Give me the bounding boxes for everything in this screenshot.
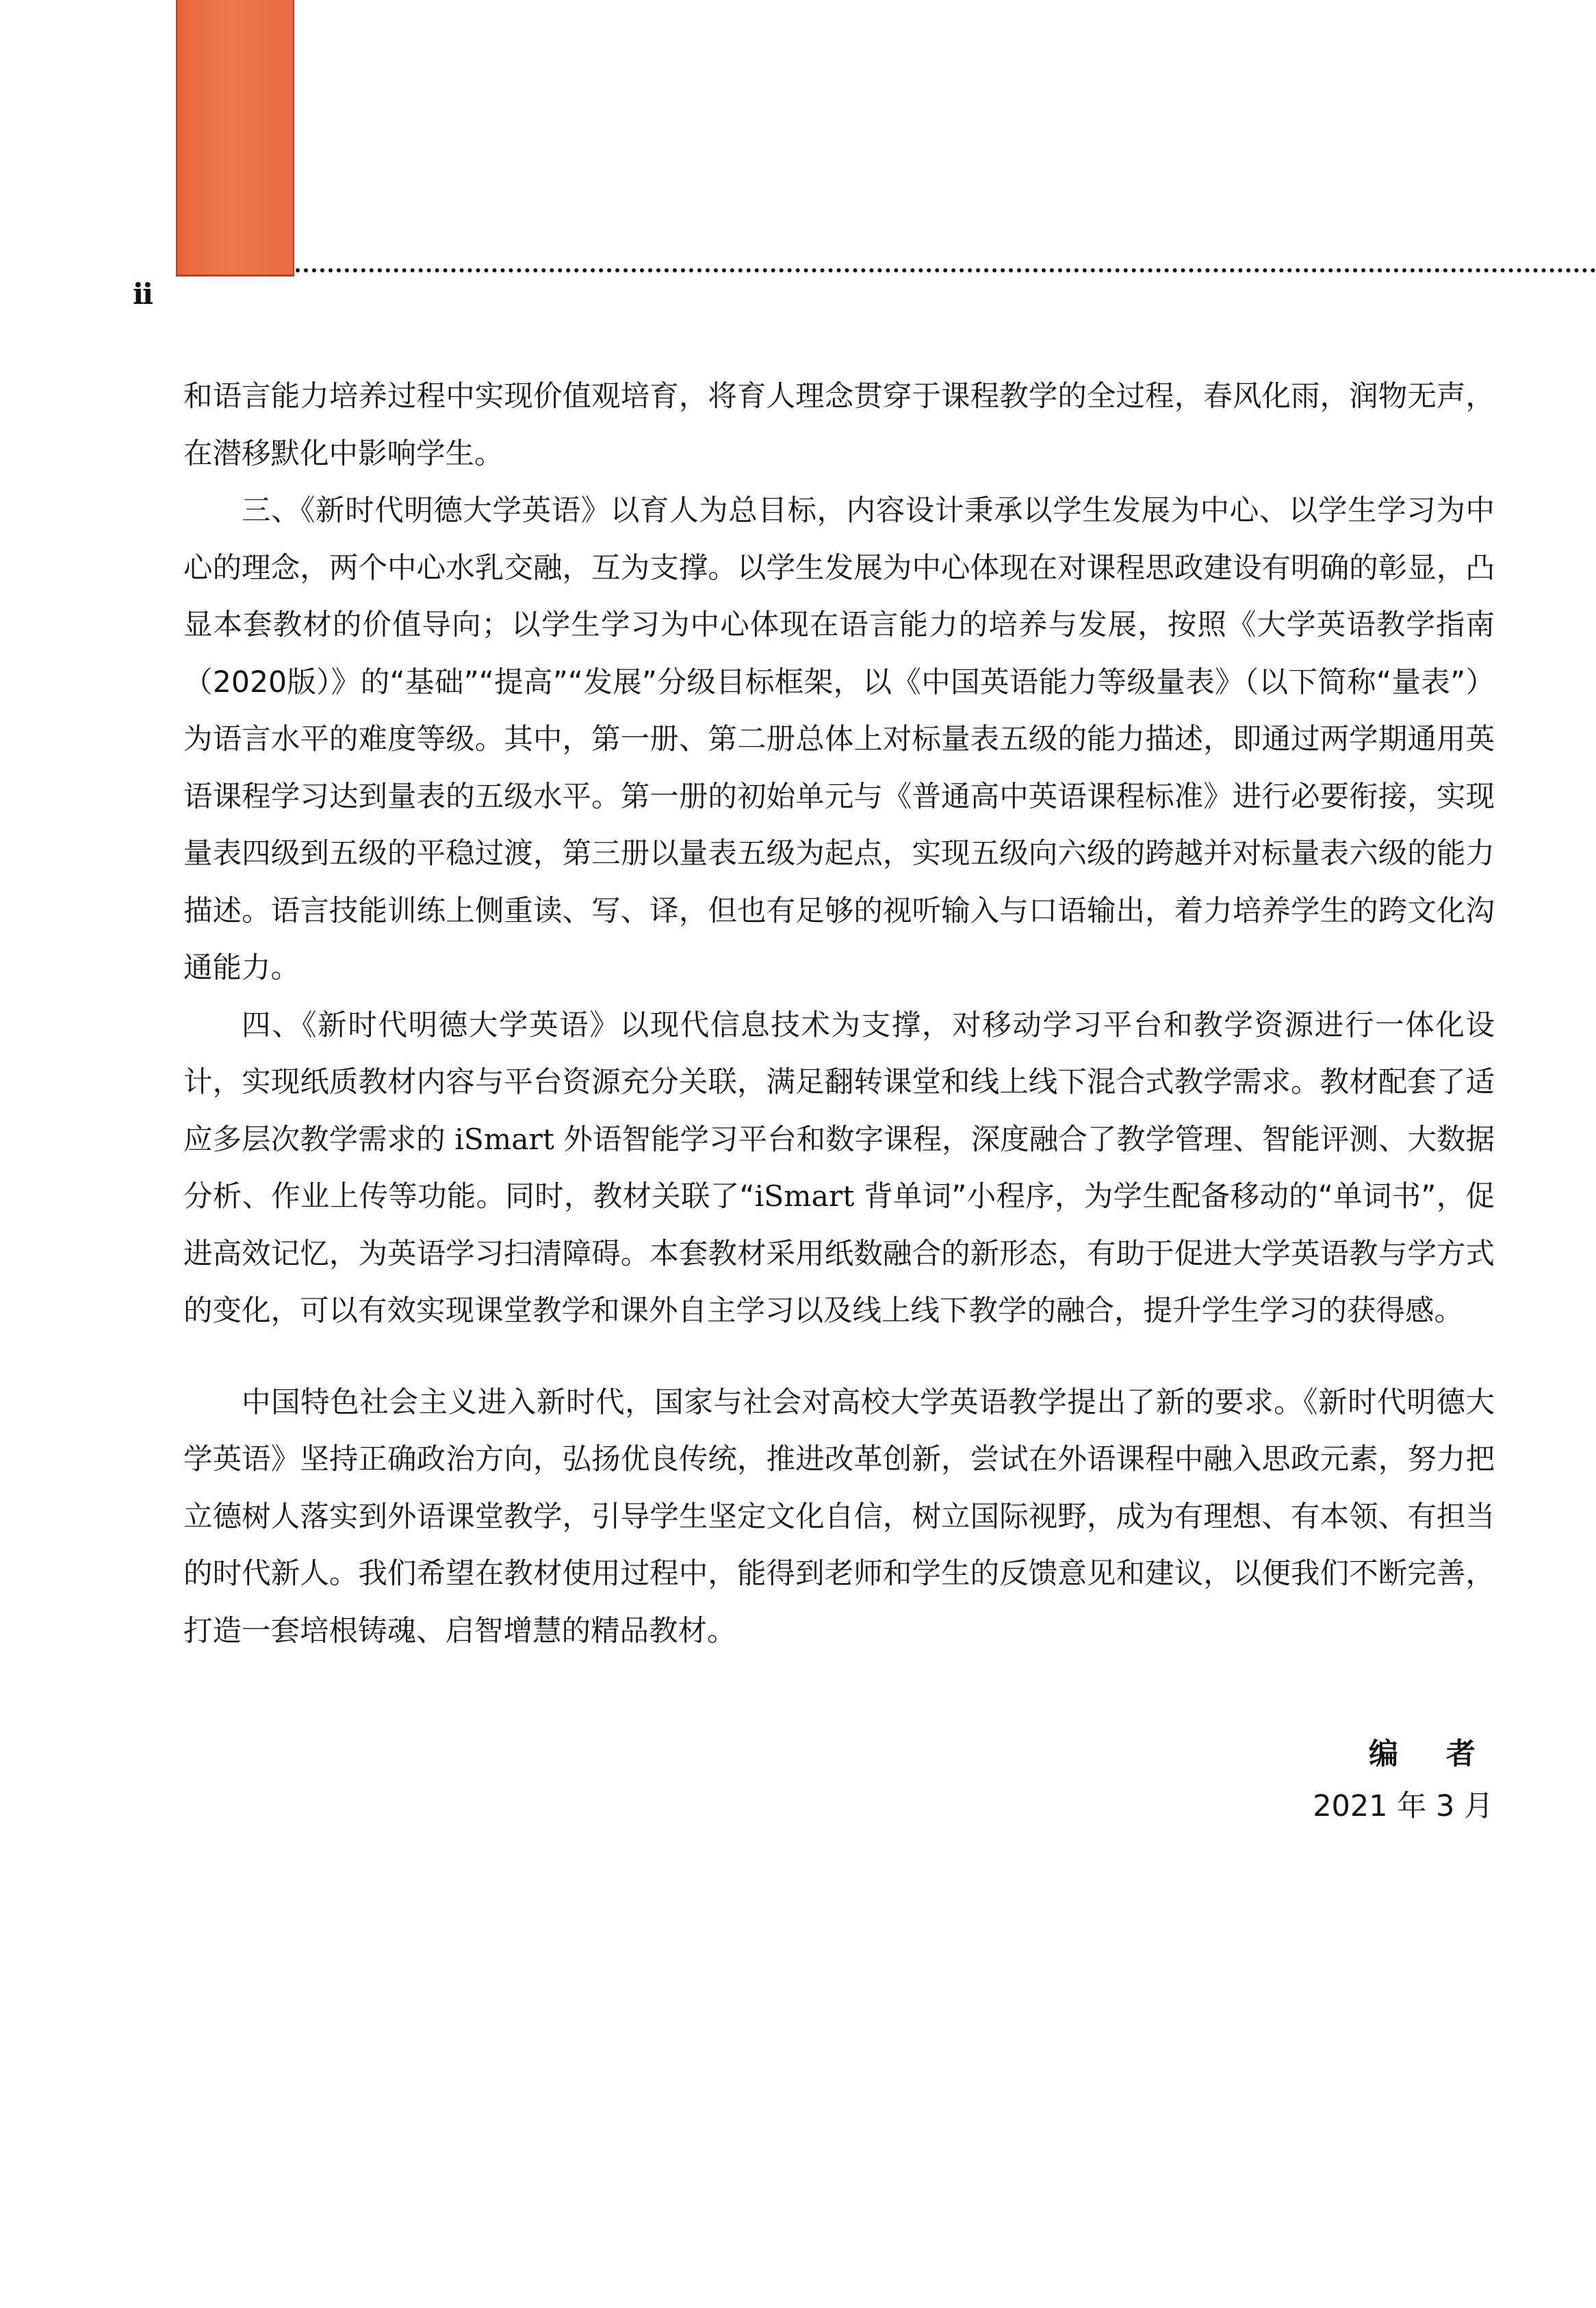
- ismart-app-name: iSmart: [755, 1180, 855, 1214]
- chapter-color-tab: [176, 0, 294, 277]
- ismart-platform-name: iSmart: [454, 1123, 554, 1157]
- signature-date: 2021 年 3 月: [1313, 1780, 1493, 1832]
- signature-editor-char-1: 编: [1369, 1737, 1398, 1771]
- paragraph-continuation: 和语言能力培养过程中实现价值观培育，将育人理念贯穿于课程教学的全过程，春风化雨，…: [183, 368, 1495, 483]
- preface-body: 和语言能力培养过程中实现价值观培育，将育人理念贯穿于课程教学的全过程，春风化雨，…: [183, 368, 1495, 1660]
- signature-block: 编者 2021 年 3 月: [1313, 1728, 1493, 1832]
- page-number: ii: [133, 277, 152, 311]
- paragraph-point-3: 三、《新时代明德大学英语》以育人为总目标，内容设计秉承以学生发展为中心、以学生学…: [183, 483, 1495, 997]
- header-dotted-rule: [296, 268, 1596, 272]
- signature-editor: 编者: [1313, 1728, 1493, 1780]
- signature-editor-char-2: 者: [1446, 1737, 1476, 1771]
- paragraph-point-4: 四、《新时代明德大学英语》以现代信息技术为支撑，对移动学习平台和教学资源进行一体…: [183, 997, 1495, 1340]
- paragraph-closing: 中国特色社会主义进入新时代，国家与社会对高校大学英语教学提出了新的要求。《新时代…: [183, 1374, 1495, 1661]
